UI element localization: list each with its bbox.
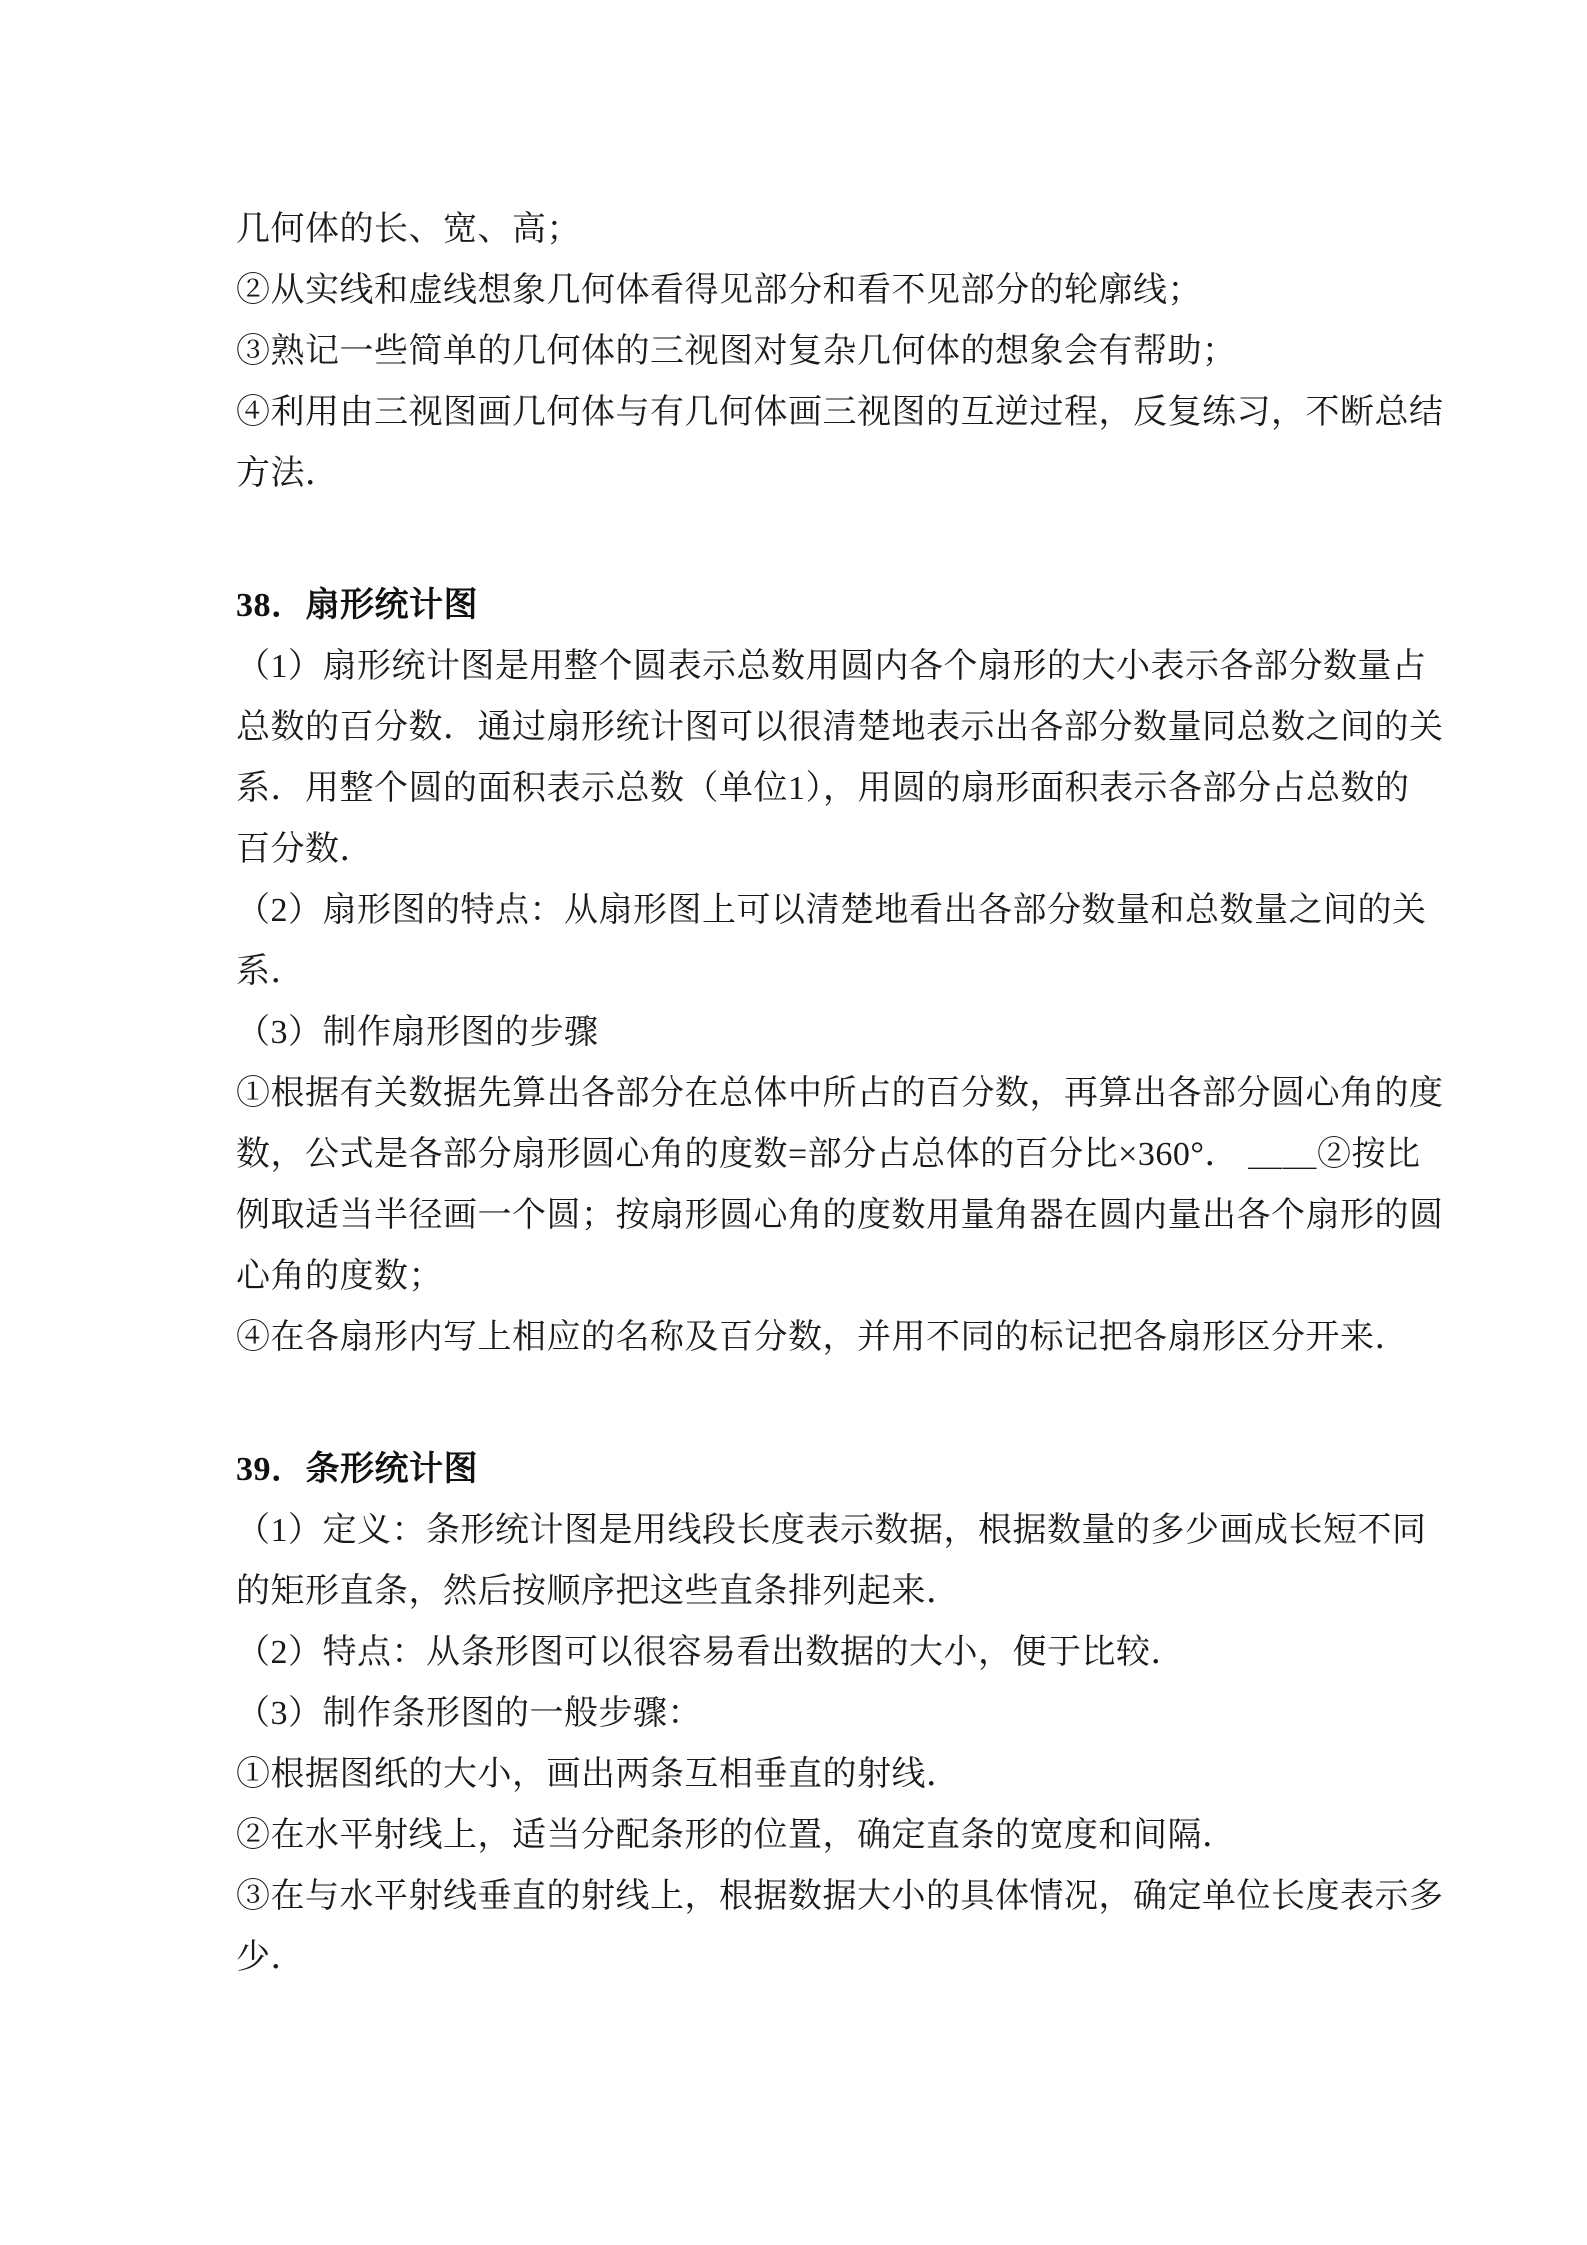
intro-line-2: ②从实线和虚线想象几何体看得见部分和看不见部分的轮廓线；: [236, 260, 1366, 321]
section-39-bar-chart: 39．条形统计图（1）定义：条形统计图是用线段长度表示数据，根据数量的多少画成长…: [236, 1439, 1366, 1988]
document-page: 几何体的长、宽、高；②从实线和虚线想象几何体看得见部分和看不见部分的轮廓线；③熟…: [0, 0, 1587, 2245]
section-38-line-4: 百分数．: [236, 819, 1366, 880]
section-38-line-10: 例取适当半径画一个圆；按扇形圆心角的度数用量角器在圆内量出各个扇形的圆: [236, 1185, 1366, 1246]
section-39-line-4: （3）制作条形图的一般步骤：: [236, 1683, 1366, 1744]
section-39-line-2: 的矩形直条，然后按顺序把这些直条排列起来．: [236, 1561, 1366, 1622]
section-39-line-6: ②在水平射线上，适当分配条形的位置，确定直条的宽度和间隔．: [236, 1805, 1366, 1866]
section-38-line-9: 数，公式是各部分扇形圆心角的度数=部分占总体的百分比×360°． ＿＿②按比: [236, 1124, 1366, 1185]
intro-line-5: 方法．: [236, 443, 1366, 504]
intro-line-4: ④利用由三视图画几何体与有几何体画三视图的互逆过程，反复练习，不断总结: [236, 382, 1366, 443]
section-38-line-1: （1）扇形统计图是用整个圆表示总数用圆内各个扇形的大小表示各部分数量占: [236, 636, 1366, 697]
document-content: 几何体的长、宽、高；②从实线和虚线想象几何体看得见部分和看不见部分的轮廓线；③熟…: [236, 199, 1366, 1988]
section-38-line-8: ①根据有关数据先算出各部分在总体中所占的百分数，再算出各部分圆心角的度: [236, 1063, 1366, 1124]
section-38-line-6: 系．: [236, 941, 1366, 1002]
section-38-heading: 38．扇形统计图: [236, 575, 1366, 636]
section-39-line-1: （1）定义：条形统计图是用线段长度表示数据，根据数量的多少画成长短不同: [236, 1500, 1366, 1561]
section-39-line-3: （2）特点：从条形图可以很容易看出数据的大小，便于比较．: [236, 1622, 1366, 1683]
section-38-line-3: 系．用整个圆的面积表示总数（单位1），用圆的扇形面积表示各部分占总数的: [236, 758, 1366, 819]
section-38-line-11: 心角的度数；: [236, 1246, 1366, 1307]
section-39-line-7: ③在与水平射线垂直的射线上，根据数据大小的具体情况，确定单位长度表示多: [236, 1866, 1366, 1927]
section-38-line-5: （2）扇形图的特点：从扇形图上可以清楚地看出各部分数量和总数量之间的关: [236, 880, 1366, 941]
section-38-pie-chart: 38．扇形统计图（1）扇形统计图是用整个圆表示总数用圆内各个扇形的大小表示各部分…: [236, 575, 1366, 1368]
section-39-heading: 39．条形统计图: [236, 1439, 1366, 1500]
section-38-line-7: （3）制作扇形图的步骤: [236, 1002, 1366, 1063]
section-39-line-5: ①根据图纸的大小，画出两条互相垂直的射线．: [236, 1744, 1366, 1805]
intro-section: 几何体的长、宽、高；②从实线和虚线想象几何体看得见部分和看不见部分的轮廓线；③熟…: [236, 199, 1366, 504]
section-38-line-2: 总数的百分数．通过扇形统计图可以很清楚地表示出各部分数量同总数之间的关: [236, 697, 1366, 758]
intro-line-1: 几何体的长、宽、高；: [236, 199, 1366, 260]
section-38-line-12: ④在各扇形内写上相应的名称及百分数，并用不同的标记把各扇形区分开来．: [236, 1307, 1366, 1368]
intro-line-3: ③熟记一些简单的几何体的三视图对复杂几何体的想象会有帮助；: [236, 321, 1366, 382]
section-39-line-8: 少．: [236, 1927, 1366, 1988]
